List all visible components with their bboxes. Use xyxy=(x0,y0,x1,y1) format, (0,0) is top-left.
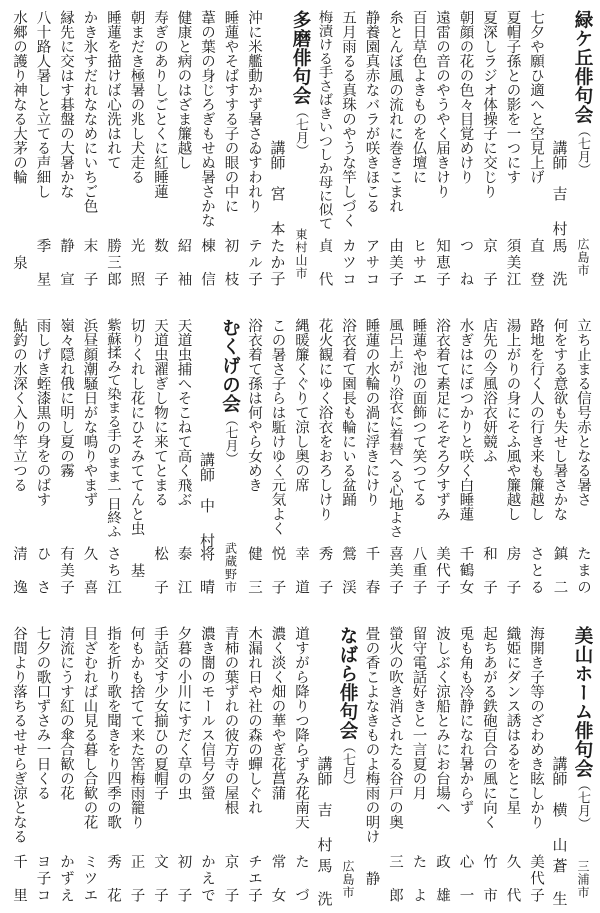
haiku-column: 天道虫捕へそこねて高く飛ぶ泰江 xyxy=(171,318,195,604)
haiku-text: 健康と病のはざま簾越し xyxy=(171,10,195,170)
haiku-column: 五月雨るる真珠のやうな竿しづくカツコ xyxy=(336,10,360,296)
haiku-text: 沖に米艦動かず暑さゐすわれり xyxy=(242,10,266,213)
haiku-text: 遠雷の音のやうやく届きけり xyxy=(430,10,454,199)
haiku-column: 清流にうす紅の傘合歓の花かずえ xyxy=(54,626,78,912)
haiku-column: 浴衣着て孫は何やら女めき健三 xyxy=(242,318,266,604)
haiku-column: 指を折り歌を聞きをり四季の歌秀花 xyxy=(101,626,125,912)
haiku-author: つね xyxy=(453,238,477,286)
haiku-column: 起ちあがる鉄砲百合の風に向く竹市 xyxy=(477,626,501,912)
haiku-text: 手話交す少女揃ひの夏帽子 xyxy=(148,626,172,800)
haiku-author: 三郎 xyxy=(383,854,407,902)
haiku-text: 濃き闇のモールス信号夕螢 xyxy=(195,626,219,800)
haiku-column: 留守電話好きと一言夏の月たよ xyxy=(406,626,430,912)
haiku-author: 美代子 xyxy=(430,546,454,594)
teacher-label: 講師 xyxy=(312,756,336,786)
haiku-column: 水ぎはにぽつかりと咲く白睡蓮千鶴女 xyxy=(453,318,477,604)
club-name: 多磨俳句会 xyxy=(290,10,311,105)
haiku-text: 水郷の護り神なる大茅の輪 xyxy=(7,10,31,184)
haiku-text: 風呂上がり浴衣に着替へる心地よさ xyxy=(383,318,407,538)
haiku-column: 寿ぎのありしごとくに紅睡蓮数子 xyxy=(148,10,172,296)
club-title-column: なばら俳句会（七月） 広島市 xyxy=(336,626,360,912)
haiku-column: 睡蓮や池の面飾つて笑つてる八重子 xyxy=(406,318,430,604)
haiku-author: 数子 xyxy=(148,238,172,286)
haiku-text: 何もかも捨てて来た筈梅雨籠り xyxy=(124,626,148,829)
teacher-column: 講師 中村 将晴 xyxy=(195,318,219,604)
haiku-column: 健康と病のはざま簾越し紹袖 xyxy=(171,10,195,296)
teacher-given-name: 蒼生 xyxy=(547,858,571,906)
haiku-text: 五月雨るる真珠のやうな竿しづく xyxy=(336,10,360,228)
haiku-text: 七夕の歌口ずさみ一日くる xyxy=(30,626,54,800)
haiku-text: 花火観にゆく浴衣をおろしけり xyxy=(312,318,336,521)
haiku-text: 波しぶく涼船とみにお台場へ xyxy=(430,626,454,815)
club-month: （七月） xyxy=(223,413,238,465)
haiku-column: 夕暮の小川にすだく草の虫初子 xyxy=(171,626,195,912)
teacher-given-name: 将晴 xyxy=(195,546,219,594)
haiku-author: 千里 xyxy=(7,854,31,902)
haiku-text: 浜昼顔潮騒日がな鳴りやまず xyxy=(77,318,101,507)
teacher-surname: 吉村 xyxy=(312,802,336,852)
haiku-text: 兎も角も冷静になれ暑からず xyxy=(453,626,477,815)
teacher-given-name: 馬洗 xyxy=(312,858,336,906)
haiku-text: 浴衣着て園長も輪にいる盆踊 xyxy=(336,318,360,507)
haiku-author: 秀子 xyxy=(312,546,336,594)
teacher-label: 講師 xyxy=(265,140,289,170)
haiku-author: 由美子 xyxy=(383,238,407,286)
haiku-column: 七夕の歌口ずさみ一日くるヨ子コ xyxy=(30,626,54,912)
club-title-column: 緑ケ丘俳句会（七月） 広島市 xyxy=(571,10,595,296)
haiku-text: 夏帽子孫との影を一つにす xyxy=(500,10,524,184)
teacher-column: 講師 宮本 たか子 xyxy=(265,10,289,296)
haiku-author: 健三 xyxy=(242,546,266,594)
haiku-column: 濃き闇のモールス信号夕螢かえで xyxy=(195,626,219,912)
haiku-author: 泰江 xyxy=(171,546,195,594)
haiku-column: 風呂上がり浴衣に着替へる心地よさ喜美子 xyxy=(383,318,407,604)
haiku-text: 畳の香こよなきものよ梅雨の明け xyxy=(359,626,383,844)
haiku-column: 朝顔の花の色々目覚めけりつね xyxy=(453,10,477,296)
haiku-author: カツコ xyxy=(336,238,360,286)
haiku-author: さとる xyxy=(524,546,548,594)
haiku-text: 八十路人暑しと立てる声細し xyxy=(30,10,54,199)
haiku-author: かえで xyxy=(195,854,219,902)
haiku-text: 水ぎはにぽつかりと咲く白睡蓮 xyxy=(453,318,477,521)
haiku-text: 葦の葉の身じろぎもせぬ暑さかな xyxy=(195,10,219,228)
haiku-author: 常女 xyxy=(265,854,289,902)
haiku-text: 螢火の吹き消されたる谷戸の奥 xyxy=(383,626,407,829)
haiku-column: 立ち止まる信号赤となる暑さたまの xyxy=(571,318,595,604)
haiku-text: 切りくれし花にひそみててんと虫 xyxy=(124,318,148,536)
haiku-author: たづ xyxy=(289,854,313,902)
haiku-column: 縁先に交はす碁盤の大暑かな静宣 xyxy=(54,10,78,296)
teacher-given-name: たか子 xyxy=(265,238,289,286)
haiku-text: 路地を行く人の行き来も簾越し xyxy=(524,318,548,521)
haiku-author: 初子 xyxy=(171,854,195,902)
haiku-text: 谷間より落ちるせせらぎ涼となる xyxy=(7,626,31,844)
haiku-author: 基 xyxy=(124,546,148,594)
haiku-column: この暑さ子らは駈けゆく元気よく悦子 xyxy=(265,318,289,604)
haiku-text: 留守電話好きと一言夏の月 xyxy=(406,626,430,800)
haiku-author: テル子 xyxy=(242,238,266,286)
haiku-text: 木漏れ日や社の森の蟬しぐれ xyxy=(242,626,266,815)
club-name: むくげの会 xyxy=(220,318,241,413)
haiku-text: 梅漬ける手さばきいつしか母に似て xyxy=(312,10,336,230)
band-bottom: 美山ホーム俳句会（七月） 三浦市 講師 横山 蒼生 海開き子等のざわめき眩しかり… xyxy=(0,626,600,912)
haiku-author: 政雄 xyxy=(430,854,454,902)
haiku-column: 夏深しラジオ体操子に交じり京子 xyxy=(477,10,501,296)
teacher-label: 講師 xyxy=(547,140,571,170)
haiku-text: 指を折り歌を聞きをり四季の歌 xyxy=(101,626,125,829)
teacher-column: 講師 吉村 馬洗 xyxy=(312,626,336,912)
haiku-author: 鶯渓 xyxy=(336,546,360,594)
haiku-column: 七夕や願ひ適へと空見上げ直登 xyxy=(524,10,548,296)
haiku-column: 谷間より落ちるせせらぎ涼となる千里 xyxy=(7,626,31,912)
haiku-author: 竹市 xyxy=(477,854,501,902)
haiku-column: 糸とんぼ風の流れに巻きこまれ由美子 xyxy=(383,10,407,296)
haiku-author: たまの xyxy=(571,546,595,594)
haiku-author: 鎮二 xyxy=(547,546,571,594)
haiku-text: 浴衣着て素足にそぞろ夕すずみ xyxy=(430,318,454,521)
haiku-column: 天道虫濯ぎし物に来てとまる松子 xyxy=(148,318,172,604)
haiku-column: 睡蓮の水輪の渦に浮きにけり千春 xyxy=(359,318,383,604)
haiku-author: 季星 xyxy=(30,238,54,286)
haiku-text: 天道虫捕へそこねて高く飛ぶ xyxy=(171,318,195,507)
haiku-column: 鮎釣の水深く入り竿立つる清逸 xyxy=(7,318,31,604)
haiku-author: 勝三郎 xyxy=(101,238,125,286)
club-title: 美山ホーム俳句会（七月） xyxy=(571,626,595,830)
club-title-column: 多磨俳句会（七月） 東村山市 xyxy=(289,10,313,296)
teacher-surname: 横山 xyxy=(547,802,571,852)
haiku-author: アサコ xyxy=(359,238,383,286)
club-month: （七月） xyxy=(293,105,308,157)
haiku-author: かずえ xyxy=(54,854,78,902)
haiku-author: 千春 xyxy=(359,546,383,594)
haiku-column: 湯上がりの身にそふ風や簾越し房子 xyxy=(500,318,524,604)
haiku-author: 有美子 xyxy=(54,546,78,594)
club-title: 緑ケ丘俳句会（七月） xyxy=(571,10,595,176)
haiku-text: 睡蓮を描けば心洗はれて xyxy=(101,10,125,170)
haiku-text: 浴衣着て孫は何やら女めき xyxy=(242,318,266,492)
haiku-column: 嶺々隠れ俄に明し夏の霧有美子 xyxy=(54,318,78,604)
haiku-text: 海開き子等のざわめき眩しかり xyxy=(524,626,548,829)
haiku-column: 浴衣着て素足にそぞろ夕すずみ美代子 xyxy=(430,318,454,604)
haiku-author: 静宣 xyxy=(54,238,78,286)
haiku-text: この暑さ子らは駈けゆく元気よく xyxy=(265,318,289,536)
haiku-column: 畳の香こよなきものよ梅雨の明け静 xyxy=(359,626,383,912)
club-city: 広島市 xyxy=(336,860,360,899)
teacher-surname: 中村 xyxy=(195,498,219,548)
haiku-author: 八重子 xyxy=(406,546,430,594)
haiku-column: 路地を行く人の行き来も簾越しさとる xyxy=(524,318,548,604)
haiku-column: 水郷の護り神なる大茅の輪泉 xyxy=(7,10,31,296)
club-name: 美山ホーム俳句会 xyxy=(572,626,593,778)
haiku-text: 濃く淡く畑の華やぎ花菖蒲 xyxy=(265,626,289,800)
teacher-surname: 吉村 xyxy=(547,186,571,236)
haiku-author: 光照 xyxy=(124,238,148,286)
haiku-column: 睡蓮やそばすする子の眼の中に初枝 xyxy=(218,10,242,296)
club-city: 武蔵野市 xyxy=(218,542,242,594)
haiku-text: 縄暖簾くぐりて涼し奥の席 xyxy=(289,318,313,492)
haiku-column: 浜昼顔潮騒日がな鳴りやまず久喜 xyxy=(77,318,101,604)
haiku-author: 末子 xyxy=(77,238,101,286)
haiku-column: 何もかも捨てて来た筈梅雨籠り正子 xyxy=(124,626,148,912)
haiku-author: ミツエ xyxy=(77,854,101,902)
haiku-column: 縄暖簾くぐりて涼し奥の席幸道 xyxy=(289,318,313,604)
haiku-column: かき氷すだれななめにいちご色末子 xyxy=(77,10,101,296)
haiku-text: 雨しげき蛭漆黒の身をのばす xyxy=(30,318,54,507)
haiku-text: 紫蘇揉みて染まる手のまま一日終ふ xyxy=(101,318,125,538)
haiku-author: 幸道 xyxy=(289,546,313,594)
haiku-text: 静養園真赤なバラが咲きほこる xyxy=(359,10,383,213)
teacher-surname: 宮本 xyxy=(265,186,289,236)
haiku-author: 貞代 xyxy=(312,238,336,286)
haiku-author: 京子 xyxy=(477,238,501,286)
haiku-column: 切りくれし花にひそみててんと虫基 xyxy=(124,318,148,604)
haiku-column: 店先の今風浴衣妍競ふ和子 xyxy=(477,318,501,604)
haiku-text: 湯上がりの身にそふ風や簾越し xyxy=(500,318,524,521)
club-name: 緑ケ丘俳句会 xyxy=(572,10,593,124)
haiku-column: 紫蘇揉みて染まる手のまま一日終ふさち江 xyxy=(101,318,125,604)
haiku-author: さち江 xyxy=(101,546,125,594)
club-city: 三浦市 xyxy=(571,860,595,899)
haiku-column: 木漏れ日や社の森の蟬しぐれチエ子 xyxy=(242,626,266,912)
haiku-author: 房子 xyxy=(500,546,524,594)
haiku-author: ひさ xyxy=(30,546,54,594)
haiku-text: 鮎釣の水深く入り竿立つる xyxy=(7,318,31,492)
teacher-given-name: 馬洗 xyxy=(547,238,571,286)
teacher-label: 講師 xyxy=(547,756,571,786)
haiku-author: 文子 xyxy=(148,854,172,902)
haiku-author: ヒサエ xyxy=(406,238,430,286)
teacher-column: 講師 横山 蒼生 xyxy=(547,626,571,912)
haiku-author: 心一 xyxy=(453,854,477,902)
haiku-column: 螢火の吹き消されたる谷戸の奥三郎 xyxy=(383,626,407,912)
haiku-text: 青柿の葉ずれの彼方寺の屋根 xyxy=(218,626,242,815)
haiku-author: 棟信 xyxy=(195,238,219,286)
haiku-column: 雨しげき蛭漆黒の身をのばすひさ xyxy=(30,318,54,604)
haiku-text: 起ちあがる鉄砲百合の風に向く xyxy=(477,626,501,829)
haiku-author: 喜美子 xyxy=(383,546,407,594)
haiku-text: 何をする意欲も失せし暑さかな xyxy=(547,318,571,521)
haiku-text: 店先の今風浴衣妍競ふ xyxy=(477,318,501,463)
club-month: （七月） xyxy=(340,740,355,792)
haiku-text: 朝まだき極暑の兆し犬走る xyxy=(124,10,148,184)
haiku-text: 立ち止まる信号赤となる暑さ xyxy=(571,318,595,507)
haiku-author: 須美江 xyxy=(500,238,524,286)
haiku-column: 遠雷の音のやうやく届きけり知恵子 xyxy=(430,10,454,296)
club-city: 広島市 xyxy=(571,238,595,277)
haiku-column: 朝まだき極暑の兆し犬走る光照 xyxy=(124,10,148,296)
haiku-text: 天道虫濯ぎし物に来てとまる xyxy=(148,318,172,507)
haiku-text: 睡蓮や池の面飾つて笑つてる xyxy=(406,318,430,507)
haiku-author: 久喜 xyxy=(77,546,101,594)
haiku-author: 知恵子 xyxy=(430,238,454,286)
club-month: （七月） xyxy=(575,778,590,830)
haiku-text: 百日草色よきものを仏壇に xyxy=(406,10,430,184)
haiku-author: 直登 xyxy=(524,238,548,286)
haiku-column: 葦の葉の身じろぎもせぬ暑さかな棟信 xyxy=(195,10,219,296)
haiku-text: 清流にうす紅の傘合歓の花 xyxy=(54,626,78,800)
haiku-author: 泉 xyxy=(7,238,31,286)
haiku-author: 正子 xyxy=(124,854,148,902)
haiku-column: 目ざむれば山見る暮し合歓の花ミツエ xyxy=(77,626,101,912)
haiku-column: 何をする意欲も失せし暑さかな鎮二 xyxy=(547,318,571,604)
haiku-author: 静 xyxy=(359,854,383,902)
club-title: 多磨俳句会（七月） xyxy=(289,10,313,157)
band-middle: 立ち止まる信号赤となる暑さたまの 何をする意欲も失せし暑さかな鎮二 路地を行く人… xyxy=(0,318,600,604)
haiku-author: 千鶴女 xyxy=(453,546,477,594)
teacher-label: 講師 xyxy=(195,452,219,482)
haiku-text: 織姫にダンス誘はるをとこ星 xyxy=(500,626,524,815)
haiku-column: 手話交す少女揃ひの夏帽子文子 xyxy=(148,626,172,912)
haiku-column: 波しぶく涼船とみにお台場へ政雄 xyxy=(430,626,454,912)
haiku-column: 梅漬ける手さばきいつしか母に似て貞代 xyxy=(312,10,336,296)
haiku-text: 目ざむれば山見る暮し合歓の花 xyxy=(77,626,101,829)
haiku-author: 紹袖 xyxy=(171,238,195,286)
haiku-author: 清逸 xyxy=(7,546,31,594)
club-title: なばら俳句会（七月） xyxy=(336,626,360,792)
haiku-author: 和子 xyxy=(477,546,501,594)
haiku-text: 朝顔の花の色々目覚めけり xyxy=(453,10,477,184)
haiku-column: 睡蓮を描けば心洗はれて勝三郎 xyxy=(101,10,125,296)
club-city: 東村山市 xyxy=(289,228,313,280)
haiku-column: 織姫にダンス誘はるをとこ星久代 xyxy=(500,626,524,912)
haiku-column: 花火観にゆく浴衣をおろしけり秀子 xyxy=(312,318,336,604)
haiku-column: 兎も角も冷静になれ暑からず心一 xyxy=(453,626,477,912)
teacher-column: 講師 吉村 馬洗 xyxy=(547,10,571,296)
haiku-column: 静養園真赤なバラが咲きほこるアサコ xyxy=(359,10,383,296)
haiku-column: 沖に米艦動かず暑さゐすわれりテル子 xyxy=(242,10,266,296)
haiku-column: 濃く淡く畑の華やぎ花菖蒲常女 xyxy=(265,626,289,912)
haiku-text: 道すがら降りつ降らずみ花南天 xyxy=(289,626,313,829)
haiku-column: 道すがら降りつ降らずみ花南天たづ xyxy=(289,626,313,912)
club-name: なばら俳句会 xyxy=(337,626,358,740)
haiku-text: かき氷すだれななめにいちご色 xyxy=(77,10,101,213)
haiku-author: 京子 xyxy=(218,854,242,902)
haiku-author: 秀花 xyxy=(101,854,125,902)
haiku-author: ヨ子コ xyxy=(30,854,54,902)
haiku-author: たよ xyxy=(406,854,430,902)
haiku-column: 百日草色よきものを仏壇にヒサエ xyxy=(406,10,430,296)
club-title-column: むくげの会（七月） 武蔵野市 xyxy=(218,318,242,604)
haiku-text: 縁先に交はす碁盤の大暑かな xyxy=(54,10,78,199)
haiku-author: 悦子 xyxy=(265,546,289,594)
haiku-text: 睡蓮やそばすする子の眼の中に xyxy=(218,10,242,213)
club-month: （七月） xyxy=(575,124,590,176)
haiku-text: 糸とんぼ風の流れに巻きこまれ xyxy=(383,10,407,213)
haiku-column: 海開き子等のざわめき眩しかり美代子 xyxy=(524,626,548,912)
haiku-text: 嶺々隠れ俄に明し夏の霧 xyxy=(54,318,78,478)
haiku-column: 浴衣着て園長も輪にいる盆踊鶯渓 xyxy=(336,318,360,604)
haiku-author: 久代 xyxy=(500,854,524,902)
haiku-column: 夏帽子孫との影を一つにす須美江 xyxy=(500,10,524,296)
haiku-column: 青柿の葉ずれの彼方寺の屋根京子 xyxy=(218,626,242,912)
haiku-author: 初枝 xyxy=(218,238,242,286)
haiku-author: チエ子 xyxy=(242,854,266,902)
haiku-text: 睡蓮の水輪の渦に浮きにけり xyxy=(359,318,383,507)
haiku-text: 夕暮の小川にすだく草の虫 xyxy=(171,626,195,800)
haiku-author: 松子 xyxy=(148,546,172,594)
haiku-text: 夏深しラジオ体操子に交じり xyxy=(477,10,501,199)
haiku-author: 美代子 xyxy=(524,854,548,902)
haiku-column: 八十路人暑しと立てる声細し季星 xyxy=(30,10,54,296)
haiku-text: 七夕や願ひ適へと空見上げ xyxy=(524,10,548,184)
club-title: むくげの会（七月） xyxy=(218,318,242,465)
club-title-column: 美山ホーム俳句会（七月） 三浦市 xyxy=(571,626,595,912)
band-top: 緑ケ丘俳句会（七月） 広島市 講師 吉村 馬洗 七夕や願ひ適へと空見上げ直登 夏… xyxy=(0,10,600,296)
haiku-text: 寿ぎのありしごとくに紅睡蓮 xyxy=(148,10,172,199)
